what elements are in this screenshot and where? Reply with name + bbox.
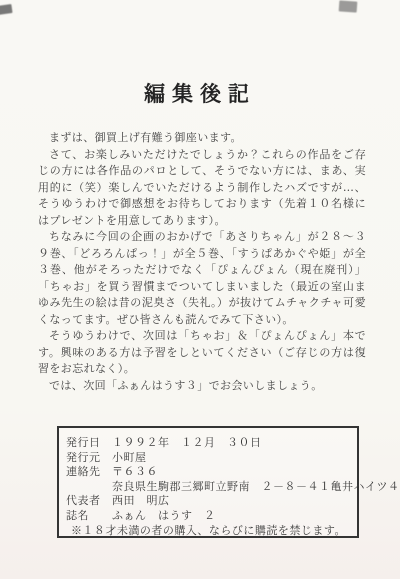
- afterword-body: まずは、御買上げ有難う御座います。 さて、お楽しみいただけたでしょうか？これらの…: [38, 130, 366, 394]
- scan-artifact-top-left: [0, 4, 13, 15]
- colophon-value: １９９２年 １２月 ３０日: [112, 436, 351, 451]
- colophon-row-representative: 代表者 西田 明広: [66, 494, 351, 509]
- colophon-value: 〒６３６: [112, 465, 351, 480]
- colophon-row-publication-date: 発行日 １９９２年 １２月 ３０日: [66, 436, 351, 451]
- age-restriction-notice: ※１８才未満の者の購入、ならびに購読を禁じます。: [66, 524, 351, 539]
- page-title: 編集後記: [0, 78, 400, 108]
- colophon-value: 奈良県生駒郡三郷町立野南 ２－８－４１亀井ハイツ４０４: [112, 480, 400, 495]
- colophon-label: 発行日: [66, 436, 104, 451]
- colophon-label: [66, 480, 104, 495]
- colophon-label: 連絡先: [66, 465, 104, 480]
- colophon-value: 小町屋: [112, 451, 351, 466]
- colophon-row-magazine-title: 誌名 ふぁん はうす ２: [66, 509, 351, 524]
- paragraph-next-issue-preview: そうゆうわけで、次回は「ちゃお」＆「ぴょんぴょん」本です。興味のある方は予習をし…: [38, 328, 366, 378]
- colophon-row-address: 奈良県生駒郡三郷町立野南 ２－８－４１亀井ハイツ４０４: [66, 480, 351, 495]
- colophon-row-publisher: 発行元 小町屋: [66, 451, 351, 466]
- colophon-label: 誌名: [66, 509, 104, 524]
- scanned-afterword-page: 編集後記 まずは、御買上げ有難う御座います。 さて、お楽しみいただけたでしょうか…: [0, 0, 400, 579]
- colophon-label: 発行元: [66, 451, 104, 466]
- paragraph-greeting: まずは、御買上げ有難う御座います。: [38, 130, 366, 147]
- colophon-box: 発行日 １９９２年 １２月 ３０日 発行元 小町屋 連絡先 〒６３６ 奈良県生駒…: [57, 426, 359, 538]
- colophon-value: 西田 明広: [112, 494, 351, 509]
- colophon-value: ふぁん はうす ２: [112, 509, 351, 524]
- colophon-row-contact-postal: 連絡先 〒６３６: [66, 465, 351, 480]
- paragraph-manga-collection: ちなみに今回の企画のおかげで「あさりちゃん」が２８～３９巻、「どろろんぱっ！」が…: [38, 229, 366, 328]
- scan-artifact-top-right: [339, 0, 358, 12]
- paragraph-feedback-request: さて、お楽しみいただけたでしょうか？これらの作品をご存じの方には各作品のパロとし…: [38, 147, 366, 230]
- colophon-label: 代表者: [66, 494, 104, 509]
- paragraph-closing: では、次回「ふぁんはうす３」でお会いしましょう。: [38, 378, 366, 395]
